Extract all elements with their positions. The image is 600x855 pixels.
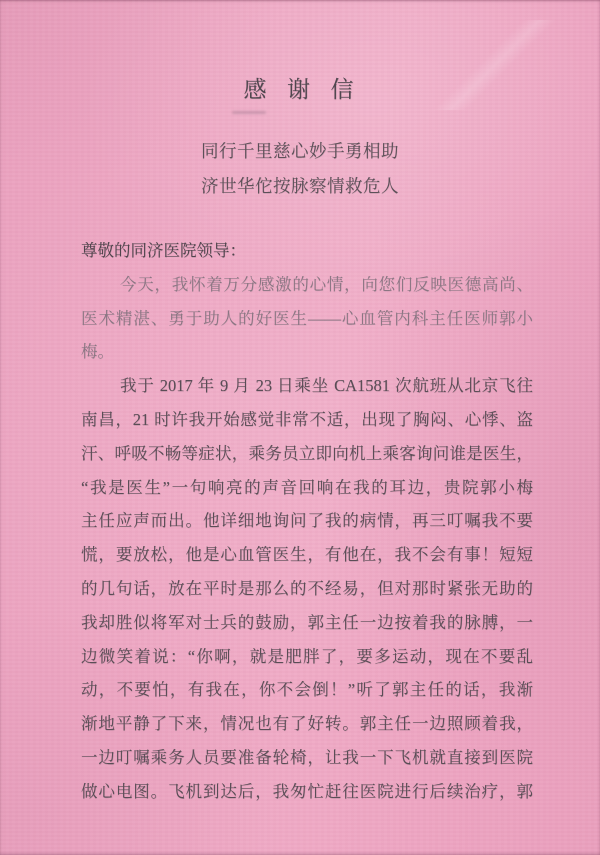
letter-line: 一边叮嘱乘务人员要准备轮椅，让我一下飞机就直接到医院: [81, 741, 533, 775]
letter-line: 主任应声而出。他详细地询问了我的病情，再三叮嘱我不要: [81, 504, 533, 538]
letter-salutation: 尊敬的同济医院领导：: [81, 234, 533, 268]
letter-line: 梅。: [81, 335, 533, 369]
dedication-couplet: 同行千里慈心妙手勇相助 济世华佗按脉察情救危人: [0, 134, 600, 204]
letter-title: 感 谢 信: [0, 71, 600, 104]
letter-line: 医术精湛、勇于助人的好医生——心血管内科主任医师郭小: [81, 302, 533, 336]
letter-line: 动，不要怕，有我在，你不会倒！”听了郭主任的话，我渐: [81, 673, 533, 707]
letter-line: 汗、呼吸不畅等症状，乘务员立即向机上乘客询问谁是医生，: [81, 437, 533, 471]
letter-line: 的几句话，放在平时是那么的不经易，但对那时紧张无助的: [81, 572, 533, 606]
couplet-line-2: 济世华佗按脉察情救危人: [0, 169, 600, 204]
letter-line: 南昌，21 时许我开始感觉非常不适，出现了胸闷、心悸、盗: [81, 403, 533, 437]
scanned-letter-page: 感 谢 信 同行千里慈心妙手勇相助 济世华佗按脉察情救危人 尊敬的同济医院领导：…: [0, 0, 600, 855]
letter-body-lines: 今天，我怀着万分感激的心情，向您们反映医德高尚、医术精湛、勇于助人的好医生——心…: [81, 268, 533, 809]
letter-line: 渐地平静了下来，情况也有了好转。郭主任一边照顾着我，: [81, 707, 533, 741]
scan-smudge: [232, 111, 266, 114]
letter-line: “我是医生”一句响亮的声音回响在我的耳边，贵院郭小梅: [81, 471, 533, 505]
letter-line: 慌，要放松，他是心血管医生，有他在，我不会有事！短短: [81, 538, 533, 572]
letter-line: 做心电图。飞机到达后，我匆忙赶往医院进行后续治疗，郭: [81, 775, 533, 809]
letter-line: 我于 2017 年 9 月 23 日乘坐 CA1581 次航班从北京飞往: [81, 369, 533, 403]
letter-line: 今天，我怀着万分感激的心情，向您们反映医德高尚、: [81, 268, 533, 302]
letter-line: 我却胜似将军对士兵的鼓励，郭主任一边按着我的脉膊，一: [81, 606, 533, 640]
letter-body: 尊敬的同济医院领导： 今天，我怀着万分感激的心情，向您们反映医德高尚、医术精湛、…: [81, 234, 533, 809]
letter-line: 边微笑着说：“你啊，就是肥胖了，要多运动，现在不要乱: [81, 640, 533, 674]
couplet-line-1: 同行千里慈心妙手勇相助: [0, 134, 600, 169]
